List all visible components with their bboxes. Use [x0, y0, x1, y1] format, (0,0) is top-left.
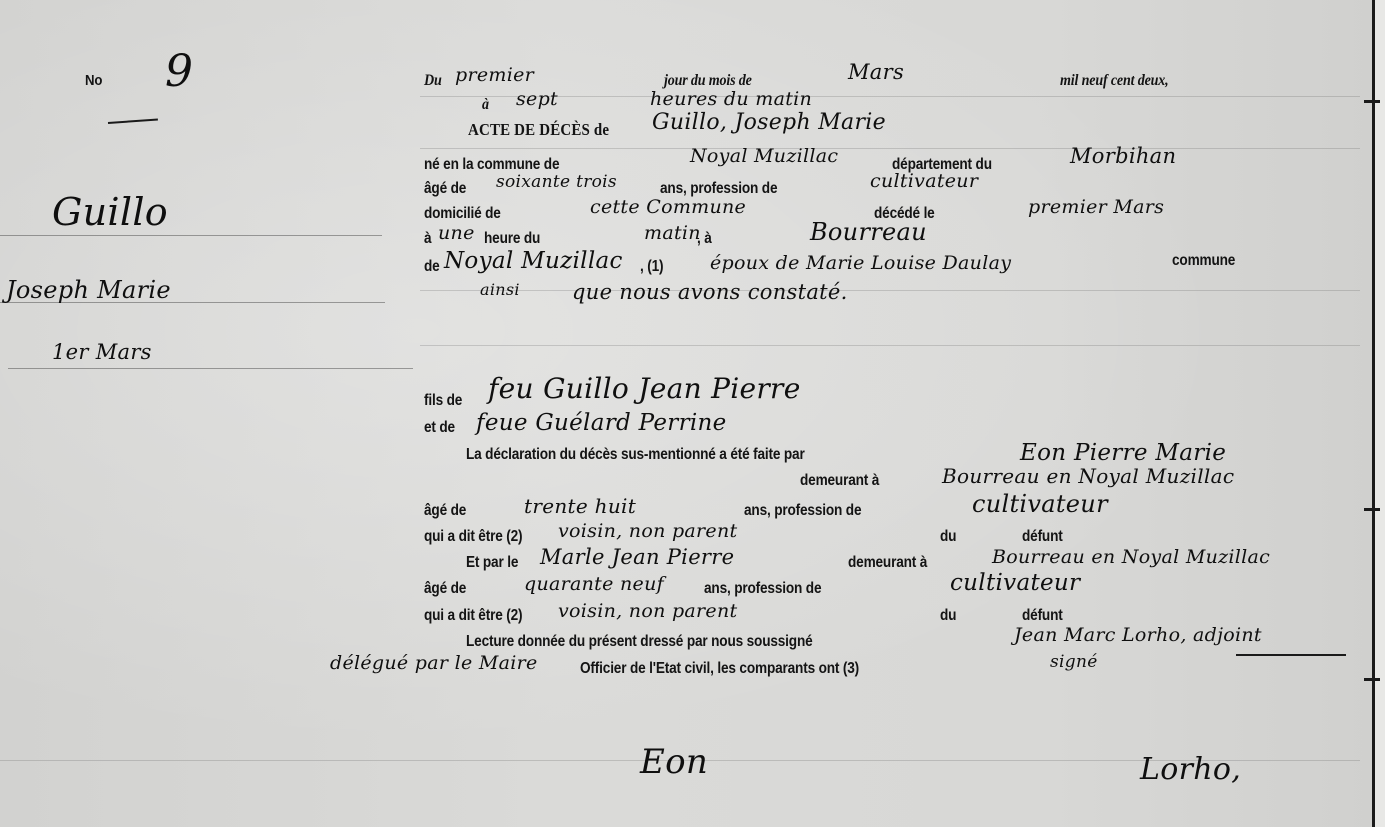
printed-text: à: [482, 96, 489, 114]
printed-text: et de: [424, 419, 455, 437]
father-name: feu Guillo Jean Pierre: [488, 372, 801, 405]
handwritten-text: Bourreau en Noyal Muzillac: [992, 546, 1270, 568]
act-title: ACTE DE DÉCÈS de: [468, 120, 609, 140]
printed-text: âgé de: [424, 502, 466, 520]
handwritten-text: cultivateur: [972, 490, 1108, 518]
handwritten-text: Mars: [848, 60, 904, 84]
handwritten-text: premier: [455, 64, 534, 86]
ruled-line: [420, 345, 1360, 346]
ruled-line: [420, 148, 1360, 149]
handwritten-text: Noyal Muzillac: [444, 248, 623, 274]
officer-name: Jean Marc Lorho, adjoint: [1014, 624, 1262, 646]
printed-text: heure du: [484, 230, 540, 248]
handwritten-text: cultivateur: [950, 570, 1080, 596]
printed-text: Du: [424, 72, 442, 90]
margin-given-names: Joseph Marie: [6, 276, 171, 304]
printed-text: du: [940, 528, 956, 546]
handwritten-text: matin: [644, 222, 701, 244]
printed-text: , (1): [640, 258, 663, 276]
handwritten-text: cultivateur: [870, 170, 978, 192]
mother-name: feue Guélard Perrine: [476, 410, 727, 436]
margin-rule: [8, 368, 413, 369]
printed-text: Officier de l'Etat civil, les comparants…: [580, 660, 859, 678]
margin-rule: [0, 235, 382, 236]
printed-text: défunt: [1022, 528, 1063, 546]
handwritten-text: voisin, non parent: [558, 520, 737, 542]
printed-text: à: [424, 230, 431, 248]
binding-mark: [1364, 678, 1380, 681]
handwritten-text: sept: [516, 88, 558, 110]
binding-mark: [1364, 100, 1380, 103]
handwritten-text: Morbihan: [1070, 144, 1176, 168]
printed-text: ans, profession de: [744, 502, 861, 520]
printed-text: âgé de: [424, 580, 466, 598]
handwritten-text: cette Commune: [590, 196, 746, 218]
printed-text: défunt: [1022, 607, 1063, 625]
ruled-line: [420, 290, 1360, 291]
printed-text: La déclaration du décès sus-mentionné a …: [466, 446, 805, 464]
declarant-name: Eon Pierre Marie: [1020, 440, 1226, 466]
number-underline: [108, 119, 158, 124]
printed-text: commune: [1172, 252, 1235, 270]
handwritten-text: heures du matin: [650, 88, 812, 110]
printed-text: Lecture donnée du présent dressé par nou…: [466, 633, 813, 651]
deceased-name: Guillo, Joseph Marie: [652, 110, 886, 135]
binding-mark: [1364, 508, 1380, 511]
handwritten-text: quarante neuf: [524, 573, 664, 595]
printed-text: , à: [697, 230, 712, 248]
printed-text: ans, profession de: [704, 580, 821, 598]
printed-text: du: [940, 607, 956, 625]
handwritten-text: voisin, non parent: [558, 600, 737, 622]
printed-text: domicilié de: [424, 205, 501, 223]
ruled-line: [420, 96, 1360, 97]
second-declarant-name: Marle Jean Pierre: [540, 545, 734, 569]
handwritten-text: délégué par le Maire: [330, 652, 538, 674]
officer-signature: Lorho,: [1140, 752, 1241, 787]
pen-stroke: [1236, 654, 1346, 656]
printed-text: de: [424, 258, 440, 276]
page-edge: [1375, 0, 1385, 827]
handwritten-text: ainsi: [480, 280, 520, 299]
handwritten-text: une: [438, 222, 475, 244]
register-page: No 9 Guillo Joseph Marie 1er Mars Du pre…: [0, 0, 1385, 827]
entry-number-label: No: [85, 72, 102, 89]
printed-text: qui a dit être (2): [424, 607, 522, 625]
handwritten-text: soixante trois: [496, 172, 617, 192]
printed-text: demeurant à: [848, 554, 927, 572]
margin-date: 1er Mars: [52, 340, 152, 364]
declarant-signature: Eon: [640, 742, 708, 782]
entry-number: 9: [165, 46, 193, 97]
handwritten-text: Noyal Muzillac: [690, 145, 838, 167]
printed-text: mil neuf cent deux,: [1060, 72, 1169, 90]
handwritten-text: premier Mars: [1028, 196, 1164, 218]
printed-text: demeurant à: [800, 472, 879, 490]
printed-text: fils de: [424, 392, 462, 410]
handwritten-text: que nous avons constaté.: [572, 280, 848, 304]
printed-text: Et par le: [466, 554, 518, 572]
handwritten-text: époux de Marie Louise Daulay: [710, 252, 1011, 274]
handwritten-text: Bourreau: [810, 218, 927, 246]
printed-text: âgé de: [424, 180, 466, 198]
handwritten-text: signé: [1050, 652, 1098, 672]
printed-text: qui a dit être (2): [424, 528, 522, 546]
margin-surname: Guillo: [52, 190, 168, 234]
handwritten-text: trente huit: [524, 494, 636, 518]
binding-line: [1372, 0, 1375, 827]
handwritten-text: Bourreau en Noyal Muzillac: [942, 464, 1234, 488]
